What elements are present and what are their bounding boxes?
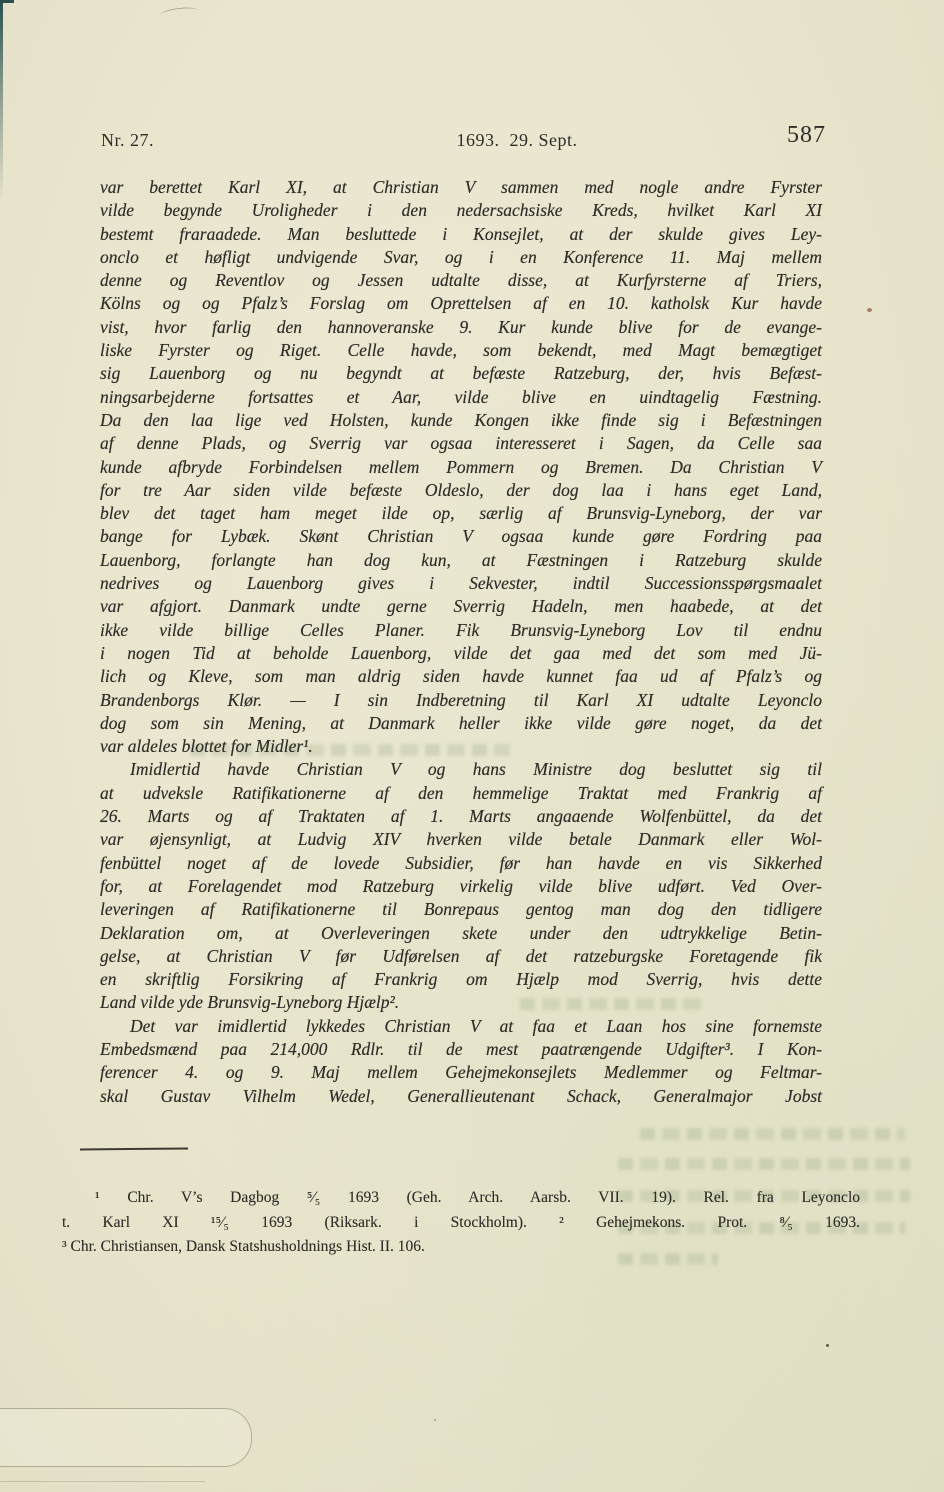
body-text-line: Embedsmænd paa 214,000 Rdlr. til de mest… <box>100 1038 822 1061</box>
body-text-line: Lauenborg, forlangte han dog kun, at Fæs… <box>100 549 822 572</box>
body-text-line: Kölns og og Pfalz’s Forslag om Oprettels… <box>100 292 822 315</box>
body-text-line: Da den laa lige ved Holsten, kunde Konge… <box>100 409 822 432</box>
ink-bleedthrough <box>640 1128 905 1140</box>
body-text-line: var aldeles blottet for Midler¹. <box>100 735 822 758</box>
paper-speck <box>826 1344 829 1347</box>
body-text-line: at udveksle Ratifikationerne af den hemm… <box>100 782 822 805</box>
scan-sticker-edge <box>0 1481 205 1482</box>
body-text-line: en skriftlig Forsikring af Frankrig om H… <box>100 968 822 991</box>
body-text-line: blev det taget ham meget ilde op, særlig… <box>100 502 822 525</box>
body-text-line: leveringen af Ratifikationerne til Bonre… <box>100 898 822 921</box>
footnotes: ¹ Chr. V’s Dagbog ⁵⁄₅ 1693 (Geh. Arch. A… <box>62 1186 860 1260</box>
body-text-line: ikke vilde billige Celles Planer. Fik Br… <box>100 619 822 642</box>
paper-speck <box>434 1419 436 1421</box>
body-text-line: i nogen Tid at beholde Lauenborg, vilde … <box>100 642 822 665</box>
body-text-line: Brandenborgs Klør. — I sin Indberetning … <box>100 689 822 712</box>
body-text-line: ningsarbejderne fortsattes et Aar, vilde… <box>100 386 822 409</box>
body-text-line: lich og Kleve, som man aldrig siden havd… <box>100 665 822 688</box>
body-text-line: Det var imidlertid lykkedes Christian V … <box>100 1015 822 1038</box>
footnote-line: ¹ Chr. V’s Dagbog ⁵⁄₅ 1693 (Geh. Arch. A… <box>62 1186 860 1211</box>
body-text-line: Land vilde yde Brunsvig-Lyneborg Hjælp². <box>100 991 822 1014</box>
body-text-line: ferencer 4. og 9. Maj mellem Gehejmekons… <box>100 1061 822 1084</box>
body-text-line: Imidlertid havde Christian V og hans Min… <box>100 758 822 781</box>
body-text-line: for, at Forelagendet mod Ratzeburg virke… <box>100 875 822 898</box>
footnote-line: t. Karl XI ¹⁵⁄₅ 1693 (Riksark. i Stockho… <box>62 1211 860 1236</box>
page-header: Nr. 27. 1693. 29. Sept. 587 <box>0 0 944 170</box>
body-text-line: liske Fyrster og Riget. Celle havde, som… <box>100 339 822 362</box>
body-text-line: bestemt fraraadede. Man besluttede i Kon… <box>100 223 822 246</box>
body-text-line: var afgjort. Danmark undte gerne Sverrig… <box>100 595 822 618</box>
body-text-line: kunde afbryde Forbindelsen mellem Pommer… <box>100 456 822 479</box>
body-text: var berettet Karl XI, at Christian V sam… <box>100 176 822 1108</box>
body-text-line: fenbüttel noget af de lovede Subsidier, … <box>100 852 822 875</box>
page-number: 587 <box>787 122 826 149</box>
body-text-line: skal Gustav Vilhelm Wedel, Generallieute… <box>100 1085 822 1108</box>
body-text-line: vist, hvor farlig den hannoveranske 9. K… <box>100 316 822 339</box>
body-text-line: gelse, at Christian V før Udførelsen af … <box>100 945 822 968</box>
body-text-line: bange for Lybæk. Skønt Christian V ogsaa… <box>100 525 822 548</box>
body-text-line: dog som sin Mening, at Danmark heller ik… <box>100 712 822 735</box>
footnote-separator-rule <box>80 1148 188 1151</box>
book-page: Nr. 27. 1693. 29. Sept. 587 var berettet… <box>0 0 944 1492</box>
footnote-line: ³ Chr. Christiansen, Dansk Statshusholdn… <box>62 1235 860 1260</box>
paper-speck <box>867 308 872 312</box>
scan-sticker-outline <box>0 1408 252 1467</box>
body-text-line: var øjensynligt, at Ludvig XIV hverken v… <box>100 828 822 851</box>
body-text-line: sig Lauenborg og nu begyndt at befæste R… <box>100 362 822 385</box>
body-text-line: af denne Plads, og Sverrig var ogsaa int… <box>100 432 822 455</box>
ink-bleedthrough <box>618 1158 910 1170</box>
body-text-line: 26. Marts og af Traktaten af 1. Marts an… <box>100 805 822 828</box>
body-text-line: var berettet Karl XI, at Christian V sam… <box>100 176 822 199</box>
body-text-line: vilde begynde Uroligheder i den nedersac… <box>100 199 822 222</box>
body-text-line: denne og Reventlov og Jessen udtalte dis… <box>100 269 822 292</box>
body-text-line: nedrives og Lauenborg gives i Sekvester,… <box>100 572 822 595</box>
body-text-line: onclo et høfligt undvigende Svar, og i e… <box>100 246 822 269</box>
body-text-line: Deklaration om, at Overleveringen skete … <box>100 922 822 945</box>
body-text-line: for tre Aar siden vilde befæste Oldeslo,… <box>100 479 822 502</box>
